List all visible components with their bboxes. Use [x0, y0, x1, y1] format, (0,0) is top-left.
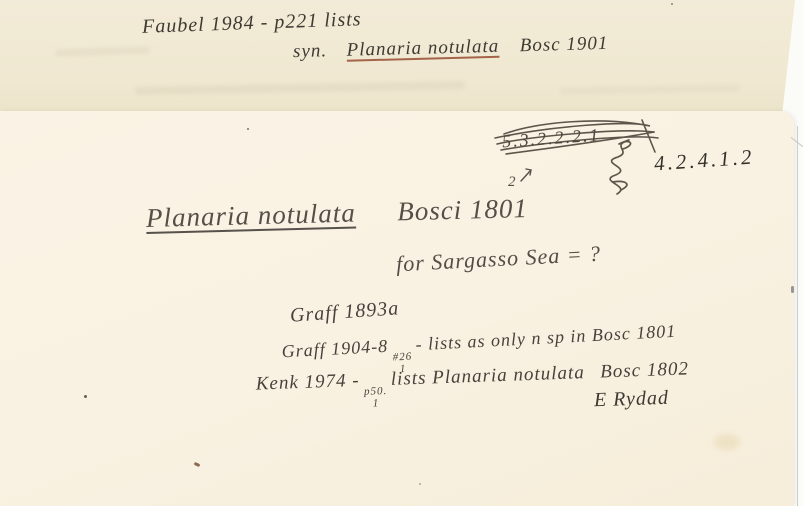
- arrow-mark: [518, 166, 536, 184]
- subscript-note: 1: [373, 398, 380, 410]
- author-year: Bosci 1801: [397, 193, 528, 226]
- curator-signature: E Rydad: [594, 387, 670, 413]
- synonym-species-name: Planaria notulata: [346, 36, 499, 61]
- author-superscript-note: 2: [508, 174, 517, 191]
- reference-sup-sub-note: p50.1: [364, 386, 388, 410]
- paper-speck: [247, 128, 249, 130]
- scribbled-mark: [599, 136, 645, 200]
- reference-author-year: Bosc 1802: [600, 358, 689, 382]
- species-name: Planaria notulata: [146, 198, 356, 233]
- reference-citation: Kenk 1974 -: [255, 370, 360, 395]
- synonym-prefix: syn.: [293, 40, 328, 62]
- paper-speck: [671, 3, 673, 5]
- card-edge-line: [797, 126, 798, 506]
- card-edge-mark: [791, 286, 794, 293]
- scanned-taxonomy-card-photo: { "top_card": { "reference_line": "Faube…: [0, 0, 803, 506]
- synonym-author-year: Bosc 1901: [519, 33, 608, 56]
- reference-citation: Graff 1904-8: [281, 336, 388, 362]
- paper-speck: [84, 395, 87, 398]
- paper-speck: [419, 483, 421, 485]
- paper-stain: [714, 434, 740, 450]
